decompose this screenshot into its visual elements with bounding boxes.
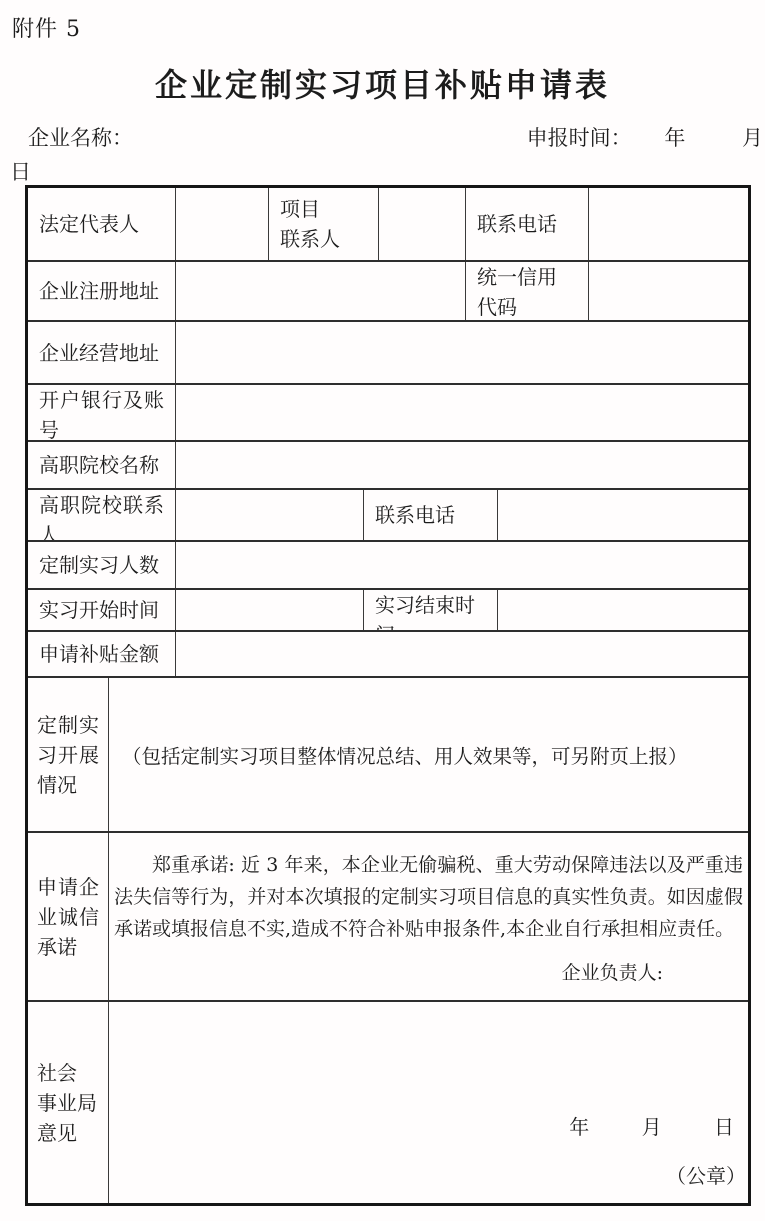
program-progress-label: 定制实习开展情况	[37, 710, 99, 800]
contact-phone-1-value-cell[interactable]	[589, 188, 748, 260]
declare-time-label: 申报时间：	[527, 122, 632, 152]
company-name-label: 企业名称：	[28, 122, 133, 152]
table-row-college-name: 高职院校名称	[28, 442, 748, 490]
table-row-subsidy-amount: 申请补贴金额	[28, 632, 748, 678]
bank-account-label: 开户银行及账号	[39, 385, 164, 440]
intern-count-value-cell[interactable]	[176, 542, 748, 588]
declare-month-label: 月	[742, 122, 763, 152]
college-contact-label: 高职院校联系人	[39, 490, 164, 540]
bank-account-value-cell[interactable]	[176, 385, 748, 440]
table-row-intern-count: 定制实习人数	[28, 542, 748, 590]
college-contact-value-cell[interactable]	[176, 490, 364, 540]
table-row-legal-rep: 法定代表人 项目 联系人 联系电话	[28, 188, 748, 262]
biz-address-value-cell[interactable]	[176, 322, 748, 383]
biz-address-label: 企业经营地址	[39, 338, 164, 368]
table-row-intern-dates: 实习开始时间 实习结束时间	[28, 590, 748, 632]
integrity-content-cell: 郑重承诺: 近 3 年来，本企业无偷骗税、重大劳动保障违法以及严重违法失信等行为…	[109, 833, 748, 1000]
integrity-label: 申请企业诚信承诺	[37, 872, 99, 962]
end-time-label-cell: 实习结束时间	[364, 590, 498, 630]
contact-phone-2-label: 联系电话	[375, 500, 486, 530]
subsidy-amount-label: 申请补贴金额	[39, 639, 164, 669]
official-seal-label: （公章）	[666, 1160, 746, 1189]
legal-rep-label-cell: 法定代表人	[28, 188, 176, 260]
credit-code-value-cell[interactable]	[589, 262, 748, 320]
reg-address-label-cell: 企业注册地址	[28, 262, 176, 320]
intern-count-label: 定制实习人数	[39, 550, 164, 580]
reg-address-value-cell[interactable]	[176, 262, 466, 320]
bureau-opinion-label: 社会 事业局 意见	[37, 1058, 99, 1148]
reg-address-label: 企业注册地址	[39, 276, 164, 306]
subsidy-amount-label-cell: 申请补贴金额	[28, 632, 176, 676]
declare-day-label: 日	[10, 156, 31, 186]
responsible-person-label: 企业负责人:	[562, 962, 663, 984]
project-contact-value-cell[interactable]	[379, 188, 466, 260]
subsidy-amount-value-cell[interactable]	[176, 632, 748, 676]
integrity-label-cell: 申请企业诚信承诺	[28, 833, 109, 1000]
table-row-reg-address: 企业注册地址 统一信用 代码	[28, 262, 748, 322]
table-row-program-progress: 定制实习开展情况 （包括定制实习项目整体情况总结、用人效果等，可另附页上报）	[28, 678, 748, 833]
sign-year-label: 年	[569, 1115, 589, 1139]
project-contact-label-cell: 项目 联系人	[269, 188, 379, 260]
table-row-integrity-pledge: 申请企业诚信承诺 郑重承诺: 近 3 年来，本企业无偷骗税、重大劳动保障违法以及…	[28, 833, 748, 1002]
end-time-value-cell[interactable]	[498, 590, 748, 630]
college-name-value-cell[interactable]	[176, 442, 748, 488]
start-time-label: 实习开始时间	[39, 595, 164, 625]
bureau-opinion-label-cell: 社会 事业局 意见	[28, 1002, 109, 1203]
credit-code-label: 统一信用 代码	[477, 262, 577, 320]
project-contact-label: 项目 联系人	[280, 194, 367, 254]
bank-account-label-cell: 开户银行及账号	[28, 385, 176, 440]
start-time-value-cell[interactable]	[176, 590, 364, 630]
legal-rep-label: 法定代表人	[39, 209, 164, 239]
legal-rep-value-cell[interactable]	[176, 188, 269, 260]
bureau-opinion-value-cell[interactable]: 年 月 日 （公章）	[109, 1002, 748, 1203]
start-time-label-cell: 实习开始时间	[28, 590, 176, 630]
program-progress-label-cell: 定制实习开展情况	[28, 678, 109, 831]
application-form-table: 法定代表人 项目 联系人 联系电话 企业注册地址 统一信用 代码 企业经营地址 …	[25, 185, 751, 1206]
contact-phone-2-label-cell: 联系电话	[364, 490, 498, 540]
college-name-label-cell: 高职院校名称	[28, 442, 176, 488]
table-row-bank-account: 开户银行及账号	[28, 385, 748, 442]
end-time-label: 实习结束时间	[375, 590, 486, 630]
table-row-biz-address: 企业经营地址	[28, 322, 748, 385]
form-title: 企业定制实习项目补贴申请表	[0, 60, 765, 106]
intern-count-label-cell: 定制实习人数	[28, 542, 176, 588]
declare-year-label: 年	[664, 122, 685, 152]
sign-date-line: 年 月 日	[569, 1111, 734, 1140]
contact-phone-1-label-cell: 联系电话	[466, 188, 589, 260]
table-row-college-contact: 高职院校联系人 联系电话	[28, 490, 748, 542]
contact-phone-2-value-cell[interactable]	[498, 490, 748, 540]
college-contact-label-cell: 高职院校联系人	[28, 490, 176, 540]
credit-code-label-cell: 统一信用 代码	[466, 262, 589, 320]
table-row-bureau-opinion: 社会 事业局 意见 年 月 日 （公章）	[28, 1002, 748, 1203]
contact-phone-1-label: 联系电话	[477, 209, 577, 239]
college-name-label: 高职院校名称	[39, 450, 164, 480]
biz-address-label-cell: 企业经营地址	[28, 322, 176, 383]
sign-day-label: 日	[714, 1115, 734, 1139]
integrity-statement: 郑重承诺: 近 3 年来，本企业无偷骗税、重大劳动保障违法以及严重违法失信等行为…	[114, 849, 743, 945]
program-progress-hint: （包括定制实习项目整体情况总结、用人效果等，可另附页上报）	[122, 741, 737, 769]
attachment-label: 附件 5	[12, 12, 81, 43]
sign-month-label: 月	[642, 1115, 662, 1139]
declare-time-group: 申报时间： 年 月	[527, 122, 763, 152]
form-header-line: 企业名称： 申报时间： 年 月	[28, 122, 763, 152]
responsible-person-line: 企业负责人:	[114, 958, 663, 985]
program-progress-value-cell[interactable]: （包括定制实习项目整体情况总结、用人效果等，可另附页上报）	[109, 678, 748, 831]
application-form-page: 附件 5 企业定制实习项目补贴申请表 企业名称： 申报时间： 年 月 日 法定代…	[0, 0, 765, 1221]
